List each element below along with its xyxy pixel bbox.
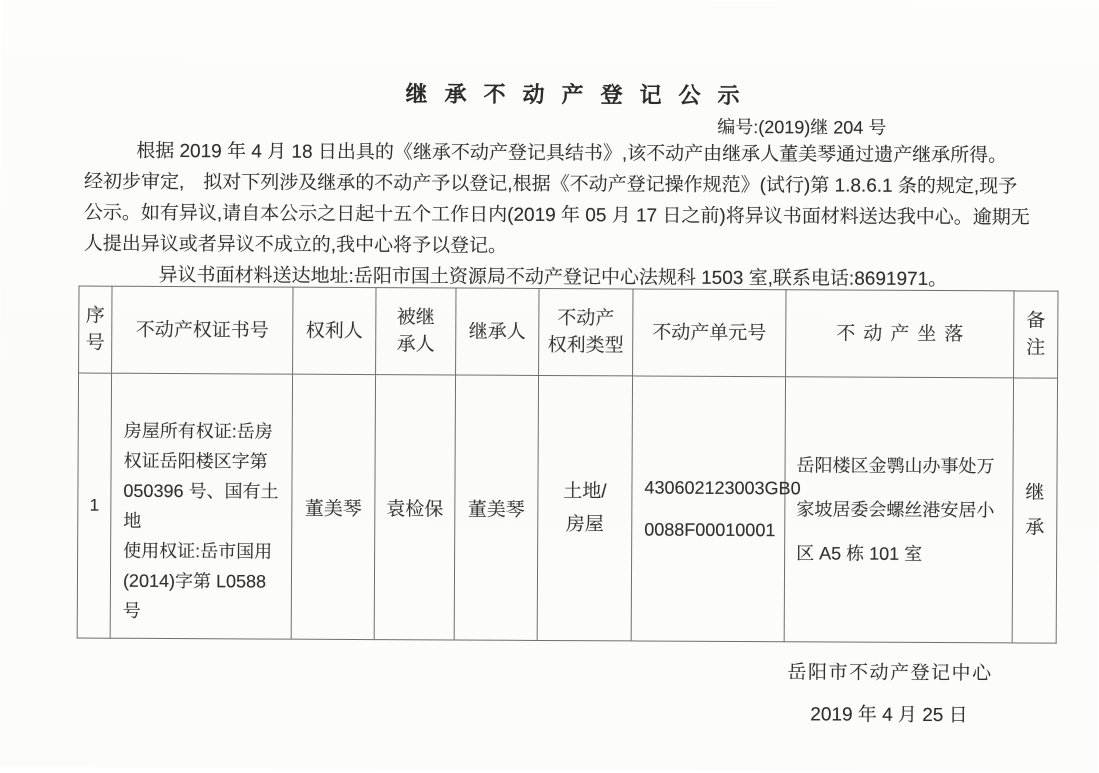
- cell-heir: 董美琴: [454, 375, 538, 640]
- cell-right-type: 土地/ 房屋: [537, 375, 632, 640]
- column-header-unit-no: 不动产单元号: [633, 289, 786, 377]
- column-header-decedent: 被继 承人: [376, 288, 456, 375]
- column-header-location: 不动产坐落: [786, 290, 1014, 378]
- cell-right-holder: 董美琴: [291, 374, 375, 639]
- paragraph-line-3: 公示。如有异议,请自本公示之日起十五个工作日内(2019 年 05 月 17 日…: [84, 198, 1030, 234]
- paragraph-line-4: 人提出异议或者异议不成立的,我中心将予以登记。: [84, 229, 1030, 265]
- cell-remark: 继 承: [1012, 378, 1057, 643]
- cell-location: 岳阳楼区金鹗山办事处万 家坡居委会螺丝港安居小 区 A5 栋 101 室: [784, 377, 1013, 643]
- cell-certificate-no: 房屋所有权证:岳房 权证岳阳楼区字第 050396 号、国有土地 使用权证:岳市…: [110, 373, 292, 639]
- column-header-remark: 备 注: [1014, 291, 1058, 378]
- document-number: 编号:(2019)继 204 号: [717, 113, 886, 140]
- registration-table: 序 号 不动产权证书号 权利人 被继 承人 继承人 不动产 权利类型 不动产单元…: [77, 286, 1059, 644]
- issuer-name: 岳阳市不动产登记中心: [787, 657, 992, 685]
- table-header-row: 序 号 不动产权证书号 权利人 被继 承人 继承人 不动产 权利类型 不动产单元…: [79, 286, 1058, 378]
- table-row: 1 房屋所有权证:岳房 权证岳阳楼区字第 050396 号、国有土地 使用权证:…: [77, 373, 1057, 643]
- column-header-seq: 序 号: [79, 286, 112, 373]
- cell-seq: 1: [77, 373, 111, 638]
- body-paragraph: 根据 2019 年 4 月 18 日出具的《继承不动产登记具结书》,该不动产由继…: [83, 136, 1030, 296]
- column-header-certificate-no: 不动产权证书号: [112, 286, 293, 374]
- cell-unit-no: 430602123003GB0 0088F00010001: [631, 376, 785, 642]
- column-header-right-type: 不动产 权利类型: [539, 288, 633, 375]
- paragraph-line-1: 根据 2019 年 4 月 18 日出具的《继承不动产登记具结书》,该不动产由继…: [84, 136, 1030, 172]
- scanned-document-page: 继承不动产登记公示 编号:(2019)继 204 号 根据 2019 年 4 月…: [0, 0, 1099, 770]
- cell-decedent: 袁检保: [374, 375, 455, 640]
- issue-date: 2019 年 4 月 25 日: [810, 699, 968, 727]
- paragraph-line-2: 经初步审定, 拟对下列涉及继承的不动产予以登记,根据《不动产登记操作规范》(试行…: [84, 167, 1030, 203]
- column-header-right-holder: 权利人: [293, 287, 376, 374]
- column-header-heir: 继承人: [456, 288, 539, 375]
- document-title: 继承不动产登记公示: [1, 75, 1099, 112]
